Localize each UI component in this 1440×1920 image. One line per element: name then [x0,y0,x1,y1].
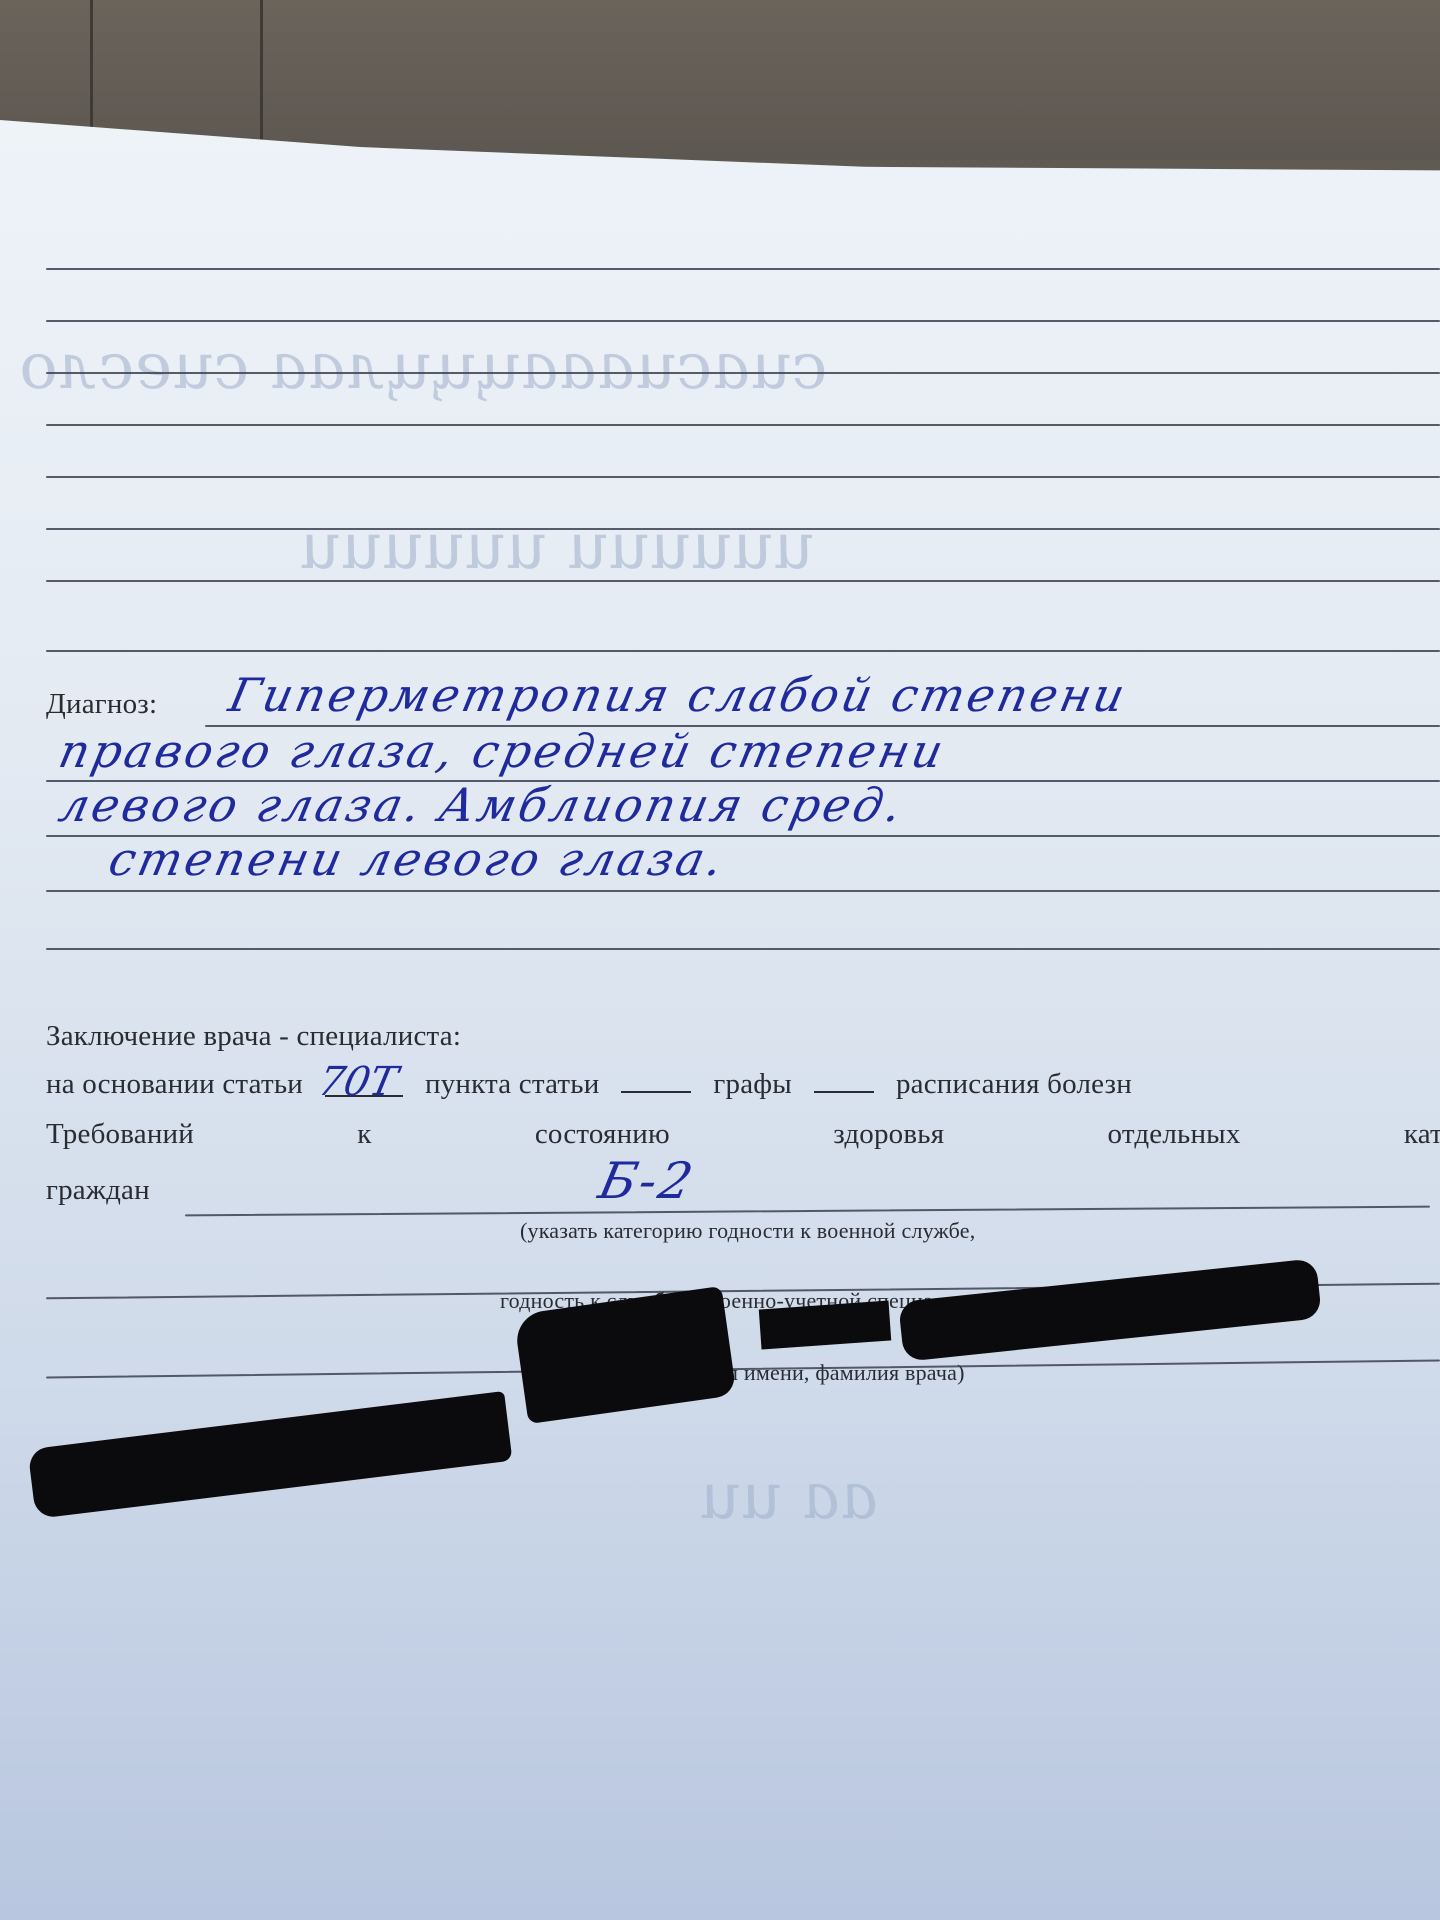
redaction-mark [898,1258,1322,1362]
citizens-label: граждан [46,1174,150,1207]
requirements-word: отдельных [1108,1118,1241,1151]
bleed-through-text: аа ии [693,1460,885,1534]
background-fold [90,0,93,140]
form-page: сиасиааацццлаа сиесло ииииии ииииии аа и… [0,120,1440,1920]
basis-part1: пункта статьи [425,1068,599,1101]
diagnosis-line [46,948,1440,950]
point-blank [621,1090,691,1093]
requirements-word: Требований [46,1118,194,1151]
diagnosis-handwritten-line: Гиперметропия слабой степени [224,668,1132,722]
diagnosis-handwritten-line: левого глаза. Амблиопия сред. [54,778,909,832]
ruled-line [46,528,1440,530]
column-blank [814,1090,874,1093]
category-line [185,1206,1430,1217]
ruled-line [46,580,1440,582]
basis-part3: расписания болезн [896,1068,1132,1101]
background-fold [260,0,263,140]
diagnosis-label: Диагноз: [46,688,157,721]
ruled-line [46,372,1440,374]
background-surface [0,0,1440,160]
diagnosis-line [46,890,1440,892]
ruled-line [46,424,1440,426]
redaction-mark [28,1391,513,1519]
requirements-line: Требований к состоянию здоровья отдельны… [46,1118,1440,1151]
ruled-line [46,476,1440,478]
conclusion-heading: Заключение врача - специалиста: [46,1020,461,1053]
requirements-word: к [357,1118,371,1151]
diagnosis-handwritten-line: правого глаза, средней степени [54,724,950,778]
ruled-line [46,268,1440,270]
ruled-line [46,650,1440,652]
diagnosis-handwritten-line: степени левого глаза. [104,832,730,886]
basis-line: на основании статьи 70Т пункта статьи гр… [46,1068,1440,1101]
redaction-mark [759,1301,891,1350]
requirements-word: кате [1404,1118,1440,1151]
requirements-word: здоровья [833,1118,944,1151]
basis-part2: графы [713,1068,792,1101]
category-handwritten-value: Б-2 [594,1152,701,1210]
ruled-line [46,320,1440,322]
bleed-through-text: сиасиааацццлаа сиесло [13,330,834,404]
article-handwritten-value: 70Т [314,1059,401,1105]
basis-prefix: на основании статьи [46,1068,303,1101]
bleed-through-text: ииииии ииииии [293,510,821,584]
hint-category: (указать категорию годности к военной сл… [520,1218,975,1244]
requirements-word: состоянию [535,1118,670,1151]
